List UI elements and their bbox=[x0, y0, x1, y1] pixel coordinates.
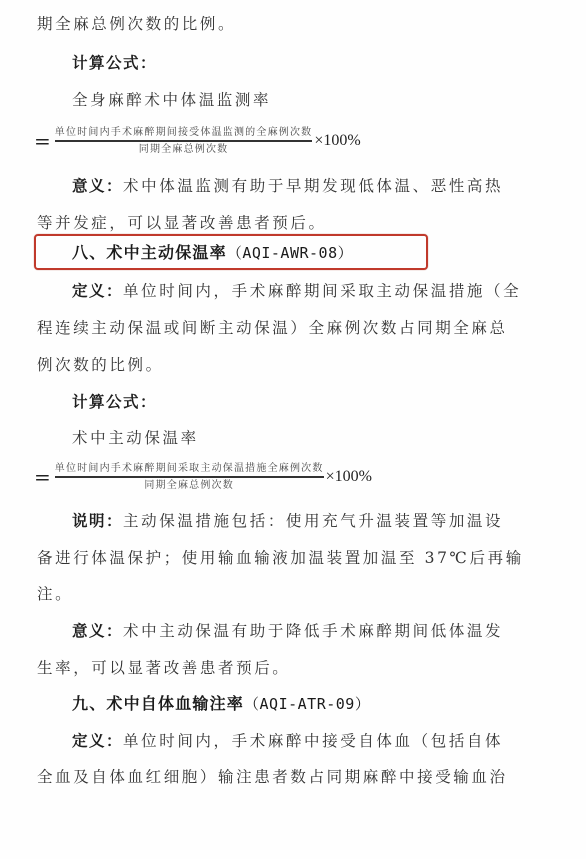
definition-text: 单位时间内，手术麻醉期间采取主动保温措施（全 bbox=[123, 282, 521, 300]
equals-sign: = bbox=[34, 129, 51, 153]
multiplier: ×100% bbox=[326, 468, 372, 486]
numerator: 单位时间内手术麻醉期间采取主动保温措施全麻例次数 bbox=[55, 462, 324, 475]
meaning-text: 术中体温监测有助于早期发现低体温、恶性高热 bbox=[123, 177, 503, 195]
note-paragraph: 说明：主动保温措施包括：使用充气升温装置等加温设 bbox=[72, 511, 503, 531]
meaning-text: 术中主动保温有助于降低手术麻醉期间低体温发 bbox=[123, 622, 503, 640]
definition-paragraph: 定义：单位时间内，手术麻醉中接受自体血（包括自体 bbox=[72, 731, 503, 751]
formula-label: 计算公式： bbox=[72, 53, 157, 73]
formula-active-warming: = 单位时间内手术麻醉期间采取主动保温措施全麻例次数 同期全麻总例次数 ×100… bbox=[34, 457, 372, 497]
fraction: 单位时间内手术麻醉期间接受体温监测的全麻例次数 同期全麻总例次数 bbox=[55, 126, 313, 156]
formula-name: 全身麻醉术中体温监测率 bbox=[72, 90, 271, 110]
fraction: 单位时间内手术麻醉期间采取主动保温措施全麻例次数 同期全麻总例次数 bbox=[55, 462, 324, 492]
definition-text: 单位时间内，手术麻醉中接受自体血（包括自体 bbox=[123, 732, 503, 750]
denominator: 同期全麻总例次数 bbox=[144, 479, 234, 492]
paragraph-line: 注。 bbox=[37, 584, 73, 604]
meaning-paragraph: 意义：术中体温监测有助于早期发现低体温、恶性高热 bbox=[72, 176, 503, 196]
formula-label: 计算公式： bbox=[72, 392, 157, 412]
paragraph-line: 全血及自体血红细胞）输注患者数占同期麻醉中接受输血治 bbox=[37, 767, 508, 787]
numerator: 单位时间内手术麻醉期间接受体温监测的全麻例次数 bbox=[55, 126, 313, 139]
paragraph-line: 期全麻总例次数的比例。 bbox=[37, 14, 236, 34]
section-code: （AQI-AWR-08） bbox=[227, 244, 353, 262]
formula-body-temperature-monitoring: = 单位时间内手术麻醉期间接受体温监测的全麻例次数 同期全麻总例次数 ×100% bbox=[34, 121, 361, 161]
denominator: 同期全麻总例次数 bbox=[139, 143, 229, 156]
paragraph-line: 生率，可以显著改善患者预后。 bbox=[37, 658, 290, 678]
note-text: 主动保温措施包括：使用充气升温装置等加温设 bbox=[123, 512, 503, 530]
equals-sign: = bbox=[34, 465, 51, 489]
section-heading-9: 九、术中自体血输注率（AQI-ATR-09） bbox=[72, 694, 370, 714]
fraction-bar bbox=[55, 140, 313, 142]
multiplier: ×100% bbox=[314, 132, 360, 150]
paragraph-line: 程连续主动保温或间断主动保温）全麻例次数占同期全麻总 bbox=[37, 318, 508, 338]
formula-name: 术中主动保温率 bbox=[72, 428, 199, 448]
definition-paragraph: 定义：单位时间内，手术麻醉期间采取主动保温措施（全 bbox=[72, 281, 521, 301]
section-code: （AQI-ATR-09） bbox=[244, 695, 370, 713]
meaning-paragraph: 意义：术中主动保温有助于降低手术麻醉期间低体温发 bbox=[72, 621, 503, 641]
paragraph-line: 备进行体温保护；使用输血输液加温装置加温至 37℃后再输 bbox=[37, 548, 524, 568]
definition-label: 定义： bbox=[72, 732, 123, 750]
section-title: 九、术中自体血输注率 bbox=[72, 694, 244, 713]
section-title: 八、术中主动保温率 bbox=[72, 243, 227, 262]
definition-label: 定义： bbox=[72, 282, 123, 300]
note-label: 说明： bbox=[72, 512, 123, 530]
document-page: 期全麻总例次数的比例。 计算公式： 全身麻醉术中体温监测率 = 单位时间内手术麻… bbox=[0, 0, 586, 859]
section-heading-8: 八、术中主动保温率（AQI-AWR-08） bbox=[72, 243, 353, 263]
paragraph-line: 例次数的比例。 bbox=[37, 355, 164, 375]
fraction-bar bbox=[55, 476, 324, 478]
meaning-label: 意义： bbox=[72, 177, 123, 195]
meaning-label: 意义： bbox=[72, 622, 123, 640]
paragraph-line: 等并发症，可以显著改善患者预后。 bbox=[37, 213, 327, 233]
